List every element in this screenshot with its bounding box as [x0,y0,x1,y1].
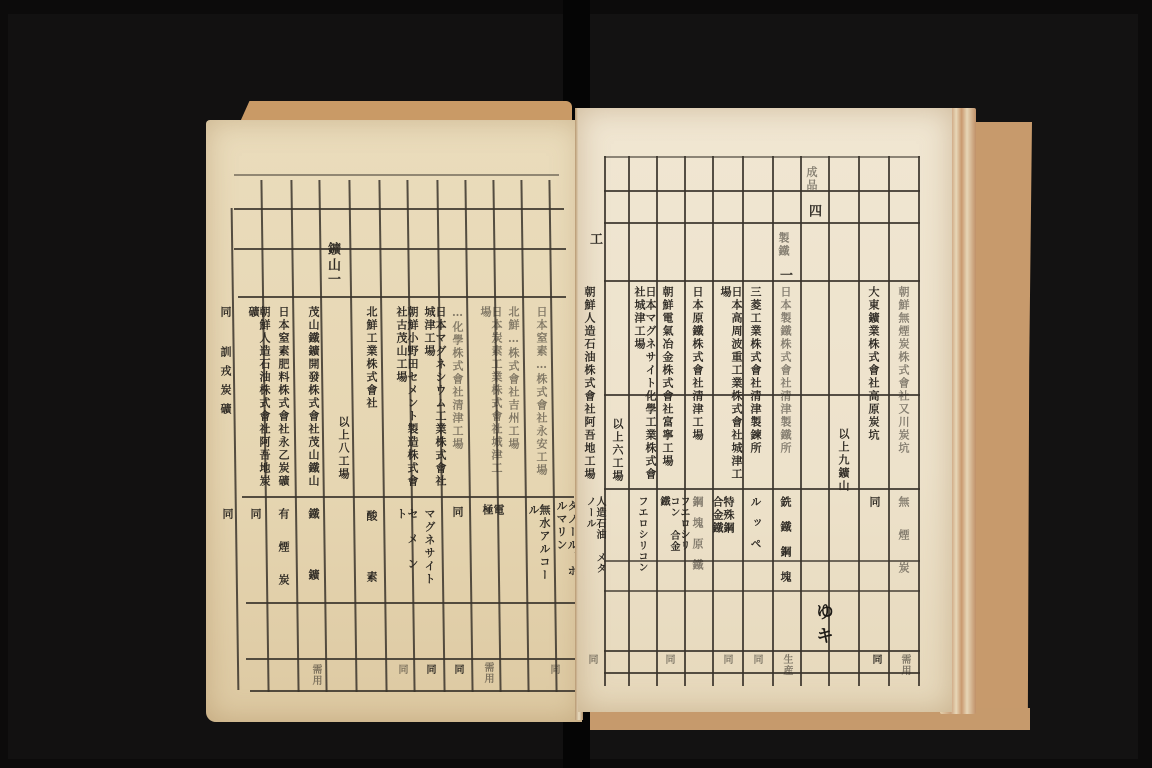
company-cell: 以上九鑛山 [838,428,849,493]
note-cell: 同 [452,664,462,675]
company-cell: 朝鮮無煙炭株式會社又川炭坑 [898,286,909,466]
company-cell: 茂山鐵鑛開發株式會社茂山鐵山 [308,306,319,496]
section-number: 一 [778,268,791,284]
product-cell: フエロシリコン [636,496,646,573]
note-cell: 生産 [781,654,791,676]
left-edge-header: 工 [588,232,601,248]
product-cell: 人造石油 メタノール [584,496,604,576]
note-cell: 同 [721,654,731,665]
section-label: 製鐵 [778,232,789,258]
company-cell: 日本窒素肥料株式會社永乙炭礦 [278,306,289,496]
left-section-label: 鑛山 [326,242,339,274]
product-cell: セメント [396,508,418,588]
company-cell: 朝鮮電氣冶金株式會社富寧工場 [662,286,673,476]
left-section-num: 一 [326,272,339,288]
product-cell: 有煙炭 [278,508,289,607]
company-cell: 朝鮮人造石油株式會社阿吾地炭礦 [248,306,270,496]
group-number: 四 [807,204,820,220]
right-page: 成品 四 製鐵 一 工 朝鮮無煙炭株式會社又川炭坑 無煙炭 需用 大東鑛業株式會… [578,108,952,712]
note-cell: 同 [424,664,434,675]
note-cell: 需用 [899,654,909,676]
company-cell: 北鮮工業株式會社 [366,306,377,426]
note-cell: 同 [751,654,761,665]
company-cell: 同 訓戎炭礦 [220,306,231,496]
note-cell: 同 [396,664,406,675]
company-cell: 日本マグネシウム工業株式會社城津工場 [424,306,446,496]
product-cell: 酸素 [366,510,377,632]
product-cell: マグネサイト [424,508,435,588]
note-cell: 同 [870,654,880,665]
product-cell: 鋼塊原鐵 [692,496,703,580]
company-cell: 朝鮮小野田セメント製造株式會社古茂山工場 [396,306,418,496]
left-page: 鑛山 一 日本窒素…株式會社永安工場 人造石油、メタノール、ホルマリン 同 北鮮… [206,120,582,722]
note-cell: 同 [548,664,558,675]
product-cell: 電極 [482,504,504,594]
product-cell: 同 [869,496,880,509]
handwritten-annotation: ゆ キ [810,602,836,644]
company-cell: 日本炭素工業株式會社城津工場 [480,306,502,486]
product-cell: 鐵鑛 [308,508,319,630]
company-cell: 日本マグネサイト化學工業株式會社城津工場 [634,286,656,486]
company-cell: 日本製鐵株式會社清津製鐵所 [780,286,791,466]
product-cell: 特殊鋼 合金鐵 [712,496,734,556]
company-cell: 日本窒素…株式會社永安工場 [536,306,547,486]
product-cell: フエロシリコン 合金鐵 [658,496,688,556]
note-cell: 同 [663,654,673,665]
company-cell: 日本原鐵株式會社清津工場 [692,286,703,466]
company-cell: 朝鮮人造石油株式會社阿吾地工場 [584,286,595,486]
product-cell: 同 [250,508,261,521]
product-cell: 同 [222,508,233,521]
company-cell: 日本高周波重工業株式會社城津工場 [720,286,742,486]
note-cell: 需用 [482,662,492,684]
note-cell: 需用 [310,664,320,686]
product-cell: 無煙炭 [898,496,909,595]
company-cell: 三菱工業株式會社清津製鍊所 [750,286,761,466]
group-header: 成品 [806,166,817,192]
product-cell: 銑鐵鋼塊 [780,496,791,596]
company-cell: 北鮮…株式會社吉州工場 [508,306,519,486]
company-cell: 以上六工場 [612,418,623,483]
company-cell: 大東鑛業株式會社高原炭坑 [868,286,879,466]
product-cell: 同 [452,506,463,519]
company-cell: …化學株式會社清津工場 [452,306,463,486]
note-cell: 同 [586,654,596,665]
company-cell: 以上八工場 [338,416,349,481]
product-cell: ルッペ [750,496,761,559]
product-cell: 無水アルコール [528,504,550,594]
